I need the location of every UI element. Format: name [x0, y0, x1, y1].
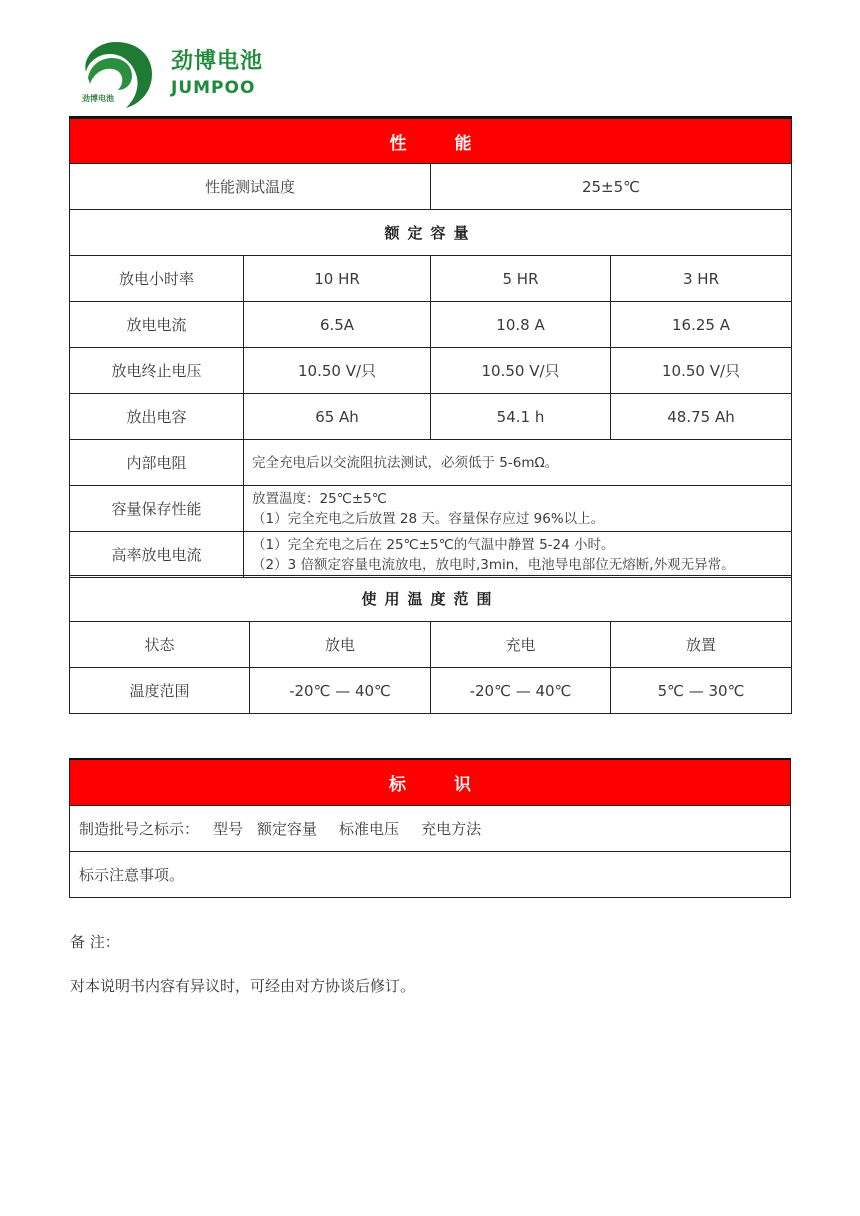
row-label: 高率放电电流: [70, 532, 244, 578]
company-logo: 劲博电池 劲博电池 JUMPOO: [78, 38, 278, 110]
table-row: 放电小时率 10 HR 5 HR 3 HR: [70, 256, 792, 302]
marking-row-1-content: 制造批号之标示：型号额定容量标准电压充电方法: [70, 805, 791, 851]
marking-prefix: 制造批号之标示：: [79, 820, 199, 838]
internal-resistance-text: 完全充电后以交流阻抗法测试，必须低于 5-6mΩ。: [244, 440, 792, 486]
rated-capacity-header-row: 额定容量: [70, 210, 792, 256]
temperature-header-row: 使用温度范围: [70, 576, 792, 622]
column-header: 充电: [431, 622, 611, 668]
temperature-column-headers: 状态 放电 充电 放置: [70, 622, 792, 668]
title-char-1: 性: [390, 134, 407, 154]
cell-value: 65 Ah: [244, 394, 431, 440]
cell-value: 5 HR: [431, 256, 611, 302]
row-label: 内部电阻: [70, 440, 244, 486]
table-row: 温度范围 -20℃ — 40℃ -20℃ — 40℃ 5℃ — 30℃: [70, 668, 792, 714]
cell-value: 16.25 A: [611, 302, 792, 348]
capacity-retention-row: 容量保存性能 放置温度：25℃±5℃ （1）完全充电之后放置 28 天。容量保存…: [70, 486, 792, 532]
notes-text: 对本说明书内容有异议时，可经由对方协谈后修订。: [70, 975, 415, 996]
column-header: 放置: [611, 622, 792, 668]
cell-value: 10.8 A: [431, 302, 611, 348]
temperature-range-table: 使用温度范围 状态 放电 充电 放置 温度范围 -20℃ — 40℃ -20℃ …: [69, 575, 792, 714]
capacity-retention-line-2: （1）完全充电之后放置 28 天。容量保存应过 96%以上。: [252, 509, 791, 529]
temperature-title: 使用温度范围: [70, 576, 792, 622]
cell-value: -20℃ — 40℃: [250, 668, 431, 714]
logo-name-cn: 劲博电池: [171, 50, 263, 74]
notes-label: 备 注：: [70, 931, 120, 952]
performance-header-row: 性能: [70, 118, 792, 164]
marking-header-row: 标识: [70, 759, 791, 805]
marking-table: 标识 制造批号之标示：型号额定容量标准电压充电方法 标示注意事项。: [69, 758, 791, 898]
cell-value: 10 HR: [244, 256, 431, 302]
cell-value: 10.50 V/只: [431, 348, 611, 394]
performance-table: 性能 性能测试温度 25±5℃ 额定容量 放电小时率 10 HR 5 HR 3 …: [69, 116, 792, 578]
test-temp-label: 性能测试温度: [70, 164, 431, 210]
table-row: 放出电容 65 Ah 54.1 h 48.75 Ah: [70, 394, 792, 440]
high-rate-line-1: （1）完全充电之后在 25℃±5℃的气温中静置 5-24 小时。: [252, 535, 791, 555]
row-label: 放出电容: [70, 394, 244, 440]
logo-mark-text: 劲博电池: [82, 93, 114, 104]
cell-value: -20℃ — 40℃: [431, 668, 611, 714]
row-label: 放电小时率: [70, 256, 244, 302]
marking-item: 额定容量: [257, 820, 317, 838]
column-header: 状态: [70, 622, 250, 668]
test-temp-value: 25±5℃: [431, 164, 792, 210]
marking-row-2: 标示注意事项。: [70, 851, 791, 897]
logo-name-en: JUMPOO: [171, 78, 255, 98]
row-label: 放电终止电压: [70, 348, 244, 394]
table-row: 放电终止电压 10.50 V/只 10.50 V/只 10.50 V/只: [70, 348, 792, 394]
row-label: 容量保存性能: [70, 486, 244, 532]
rated-capacity-title: 额定容量: [70, 210, 792, 256]
table-row: 放电电流 6.5A 10.8 A 16.25 A: [70, 302, 792, 348]
capacity-retention-text: 放置温度：25℃±5℃ （1）完全充电之后放置 28 天。容量保存应过 96%以…: [244, 486, 792, 532]
cell-value: 48.75 Ah: [611, 394, 792, 440]
capacity-retention-line-1: 放置温度：25℃±5℃: [252, 489, 791, 509]
cell-value: 6.5A: [244, 302, 431, 348]
title-char-1: 标: [389, 775, 406, 795]
marking-item: 标准电压: [339, 820, 399, 838]
marking-row-2-content: 标示注意事项。: [70, 851, 791, 897]
high-rate-line-2: （2）3 倍额定容量电流放电，放电时,3min，电池导电部位无熔断,外观无异常。: [252, 555, 791, 575]
marking-item: 充电方法: [421, 820, 481, 838]
marking-title: 标识: [70, 759, 791, 805]
cell-value: 3 HR: [611, 256, 792, 302]
test-temp-row: 性能测试温度 25±5℃: [70, 164, 792, 210]
row-label: 放电电流: [70, 302, 244, 348]
column-header: 放电: [250, 622, 431, 668]
high-rate-discharge-row: 高率放电电流 （1）完全充电之后在 25℃±5℃的气温中静置 5-24 小时。 …: [70, 532, 792, 578]
performance-title: 性能: [70, 118, 792, 164]
marking-item: 型号: [213, 820, 243, 838]
row-label: 温度范围: [70, 668, 250, 714]
cell-value: 54.1 h: [431, 394, 611, 440]
cell-value: 10.50 V/只: [611, 348, 792, 394]
marking-row-1: 制造批号之标示：型号额定容量标准电压充电方法: [70, 805, 791, 851]
title-char-2: 能: [455, 134, 472, 154]
cell-value: 5℃ — 30℃: [611, 668, 792, 714]
high-rate-discharge-text: （1）完全充电之后在 25℃±5℃的气温中静置 5-24 小时。 （2）3 倍额…: [244, 532, 792, 578]
title-char-2: 识: [454, 775, 471, 795]
internal-resistance-row: 内部电阻 完全充电后以交流阻抗法测试，必须低于 5-6mΩ。: [70, 440, 792, 486]
cell-value: 10.50 V/只: [244, 348, 431, 394]
